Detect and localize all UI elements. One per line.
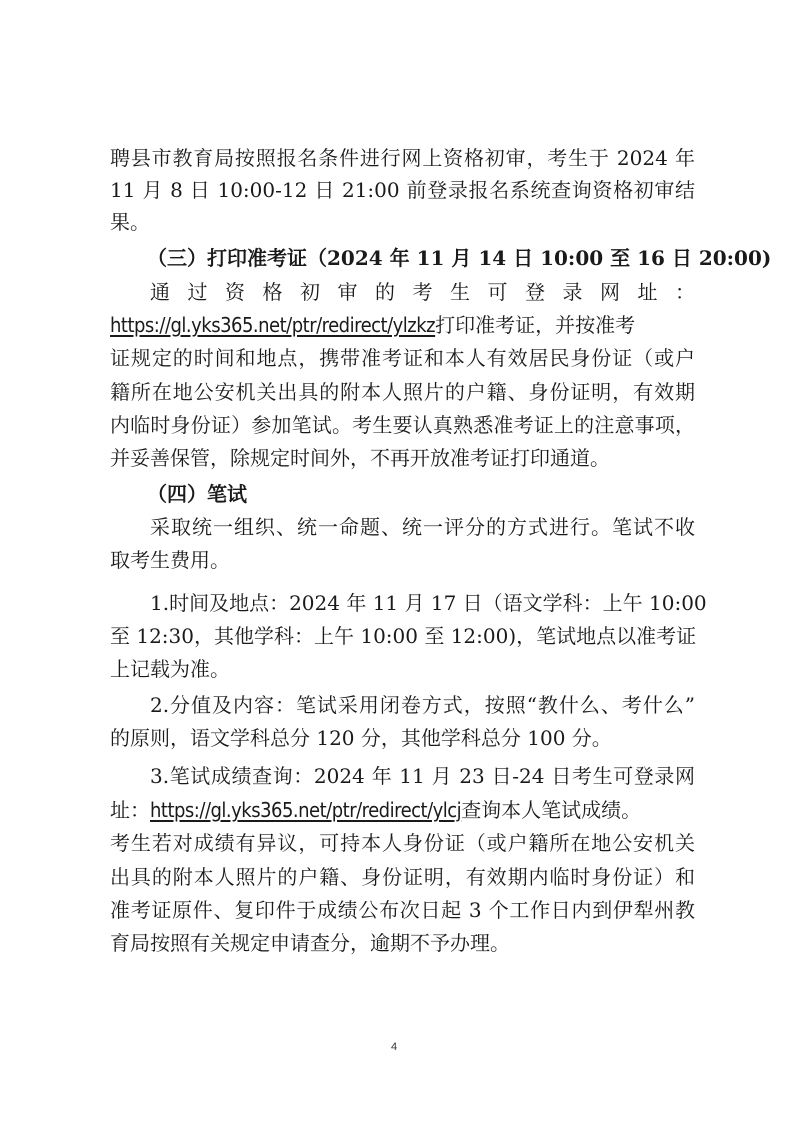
body-text-line: 址：https://gl.yks365.net/ptr/redirect/ylc… [110,796,695,824]
body-text-line: 考生若对成绩有异议，可持本人身份证（或户籍所在地公安机关 [110,829,695,857]
body-text-line: 2.分值及内容：笔试采用闭卷方式，按照“教什么、考什么” [150,691,695,719]
section-heading-written-exam: （四）笔试 [147,480,732,508]
body-text-span: 查询本人笔试成绩。 [461,798,641,822]
body-text-line: 1.时间及地点：2024 年 11 月 17 日（语文学科：上午 10:00 [150,589,695,617]
body-text-line: 籍所在地公安机关出具的附本人照片的户籍、身份证明，有效期 [110,378,695,406]
body-text-line: 出具的附本人照片的户籍、身份证明，有效期内临时身份证）和 [110,863,695,891]
body-text-line: 育局按照有关规定申请查分，逾期不予办理。 [110,929,695,957]
body-text-span: 址： [110,798,150,822]
body-text-line: 11 月 8 日 10:00-12 日 21:00 前登录报名系统查询资格初审结 [110,176,695,204]
body-text-line: 准考证原件、复印件于成绩公布次日起 3 个工作日内到伊犁州教 [110,896,695,924]
body-text-span: 打印准考证，并按准考 [435,313,635,337]
body-text-line: https://gl.yks365.net/ptr/redirect/ylzkz… [110,311,695,339]
body-text-line: 内临时身份证）参加笔试。考生要认真熟悉准考证上的注意事项， [110,411,695,439]
page-number: 4 [391,1041,397,1053]
body-text-line: 并妥善保管，除规定时间外，不再开放准考证打印通道。 [110,444,695,472]
body-text-line: 上记载为准。 [110,655,695,683]
section-heading-print-admission-ticket: （三）打印准考证（2024 年 11 月 14 日 10:00 至 16 日 2… [147,244,699,272]
body-text-line: 的原则，语文学科总分 120 分，其他学科总分 100 分。 [110,724,695,752]
body-text-line: 至 12:30，其他学科：上午 10:00 至 12:00)，笔试地点以准考证 [110,622,695,650]
body-text-line: 3.笔试成绩查询：2024 年 11 月 23 日-24 日考生可登录网 [150,762,695,790]
body-text-line: 证规定的时间和地点，携带准考证和本人有效居民身份证（或户 [110,344,695,372]
body-text-line: 聘县市教育局按照报名条件进行网上资格初审，考生于 2024 年 [110,144,695,172]
admission-ticket-link[interactable]: https://gl.yks365.net/ptr/redirect/ylzkz [110,313,435,337]
body-text-line: 取考生费用。 [110,546,695,574]
score-query-link[interactable]: https://gl.yks365.net/ptr/redirect/ylcj [150,798,461,822]
body-text-line: 通 过 资 格 初 审 的 考 生 可 登 录 网 址 ： [150,278,695,306]
body-text-line: 果。 [110,208,695,236]
body-text-line: 采取统一组织、统一命题、统一评分的方式进行。笔试不收 [150,513,695,541]
